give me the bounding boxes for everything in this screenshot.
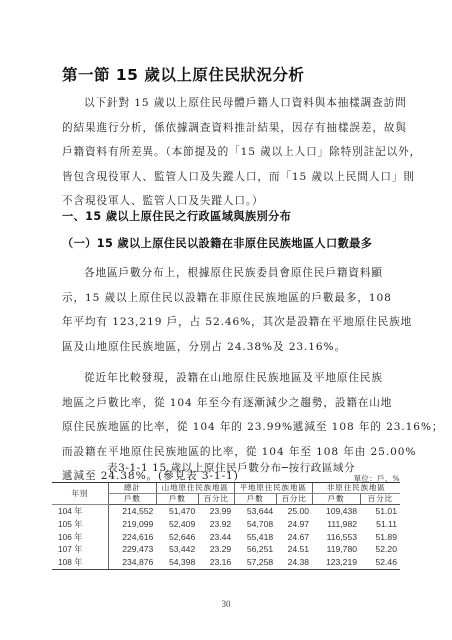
cell-plain-percent: 24.67 [276,531,312,544]
subsection-heading: （一）15 歲以上原住民以設籍在非原住民族地區人口數最多 [62,235,372,251]
cell-non-indigenous-households: 123,219 [312,556,360,569]
cell-plain-percent: 25.00 [276,505,312,518]
paragraph-line: 年平均有 123,219 戶，占 52.46%，其次是設籍在平地原住民族地 [62,310,392,335]
page-title: 第一節 15 歲以上原住民狀況分析 [62,63,304,85]
header-sub-percent: 百分比 [276,494,312,505]
header-sub-households: 戶數 [156,494,198,505]
paragraph-line: 戶籍資料有所差異。（本節提及的「15 歲以上人口」除特別註記以外， [62,140,392,165]
header-year: 年別 [52,483,108,505]
cell-mountain-households: 51,470 [156,505,198,518]
cell-non-indigenous-percent: 51.89 [360,531,400,544]
cell-non-indigenous-households: 116,553 [312,531,360,544]
page-number: 30 [0,599,452,609]
header-sub-households: 戶數 [312,494,360,505]
table-row: 104 年 214,552 51,470 23.99 53,644 25.00 … [52,505,400,518]
paragraph-line: 原住民族地區的比率，從 104 年的 23.99%遞減至 108 年的 23.1… [62,415,392,440]
cell-year: 105 年 [52,518,108,531]
cell-mountain-percent: 23.44 [198,531,234,544]
header-sub-households: 戶數 [108,494,156,505]
paragraph-line: 從近年比較發現，設籍在山地原住民族地區及平地原住民族 [62,366,392,391]
cell-non-indigenous-households: 111,982 [312,518,360,531]
cell-non-indigenous-households: 119,780 [312,543,360,556]
cell-plain-percent: 24.51 [276,543,312,556]
cell-mountain-percent: 23.92 [198,518,234,531]
cell-total: 224,616 [108,531,156,544]
document-page: 第一節 15 歲以上原住民狀況分析 以下針對 15 歲以上原住民母體戶籍人口資料… [0,0,452,640]
paragraph-line: 示，15 歲以上原住民以設籍在非原住民族地區的戶數最多，108 [62,286,392,311]
cell-non-indigenous-percent: 51.11 [360,518,400,531]
paragraph-line: 的結果進行分析，係依據調查資料推計結果，因存有抽樣誤差，故與 [62,116,392,141]
cell-mountain-households: 52,646 [156,531,198,544]
cell-total: 229,473 [108,543,156,556]
header-group-total: 總計 [108,483,156,494]
table-row: 107 年 229,473 53,442 23.29 56,251 24.51 … [52,543,400,556]
cell-mountain-households: 54,398 [156,556,198,569]
cell-plain-percent: 24.38 [276,556,312,569]
table-row: 108 年 234,876 54,398 23.16 57,258 24.38 … [52,556,400,569]
cell-non-indigenous-households: 109,438 [312,505,360,518]
cell-year: 104 年 [52,505,108,518]
paragraph-line: 地區之戶數比率，從 104 年至今有逐漸減少之趨勢，設籍在山地 [62,391,392,416]
cell-non-indigenous-percent: 52.20 [360,543,400,556]
cell-total: 219,099 [108,518,156,531]
cell-mountain-percent: 23.99 [198,505,234,518]
cell-plain-households: 53,644 [234,505,276,518]
header-group-plain: 平地原住民族地區 [234,483,312,494]
cell-total: 214,552 [108,505,156,518]
cell-total: 234,876 [108,556,156,569]
table-caption: 表3-1-1 15 歲以上原住民戶數分布─按行政區域分 [107,460,355,475]
body-paragraph-1: 各地區戶數分布上，根據原住民族委員會原住民戶籍資料顯 示，15 歲以上原住民以設… [62,261,392,359]
header-sub-percent: 百分比 [360,494,400,505]
cell-mountain-percent: 23.16 [198,556,234,569]
table-row: 106 年 224,616 52,646 23.44 55,418 24.67 … [52,531,400,544]
cell-year: 107 年 [52,543,108,556]
household-distribution-table: 年別 總計 山地原住民族地區 平地原住民族地區 非原住民族地區 戶數 戶數 百分… [52,482,400,570]
section-heading: 一、15 歲以上原住民之行政區域與族別分布 [62,208,291,224]
cell-year: 106 年 [52,531,108,544]
cell-mountain-households: 52,409 [156,518,198,531]
header-sub-percent: 百分比 [198,494,234,505]
header-group-mountain: 山地原住民族地區 [156,483,234,494]
header-sub-households: 戶數 [234,494,276,505]
cell-mountain-percent: 23.29 [198,543,234,556]
paragraph-line: 以下針對 15 歲以上原住民母體戶籍人口資料與本抽樣調查訪問 [62,91,392,116]
cell-plain-households: 54,708 [234,518,276,531]
cell-plain-percent: 24.97 [276,518,312,531]
cell-plain-households: 57,258 [234,556,276,569]
cell-non-indigenous-percent: 51.01 [360,505,400,518]
cell-plain-households: 55,418 [234,531,276,544]
cell-year: 108 年 [52,556,108,569]
header-group-non-indigenous: 非原住民族地區 [312,483,400,494]
paragraph-line: 各地區戶數分布上，根據原住民族委員會原住民戶籍資料顯 [62,261,392,286]
paragraph-line: 區及山地原住民族地區，分別占 24.38%及 23.16%。 [62,335,392,360]
intro-paragraph: 以下針對 15 歲以上原住民母體戶籍人口資料與本抽樣調查訪問 的結果進行分析，係… [62,91,392,214]
paragraph-line: 皆包含現役軍人、監管人口及失蹤人口，而「15 歲以上民間人口」則 [62,165,392,190]
cell-plain-households: 56,251 [234,543,276,556]
cell-mountain-households: 53,442 [156,543,198,556]
table-row: 105 年 219,099 52,409 23.92 54,708 24.97 … [52,518,400,531]
cell-non-indigenous-percent: 52.46 [360,556,400,569]
